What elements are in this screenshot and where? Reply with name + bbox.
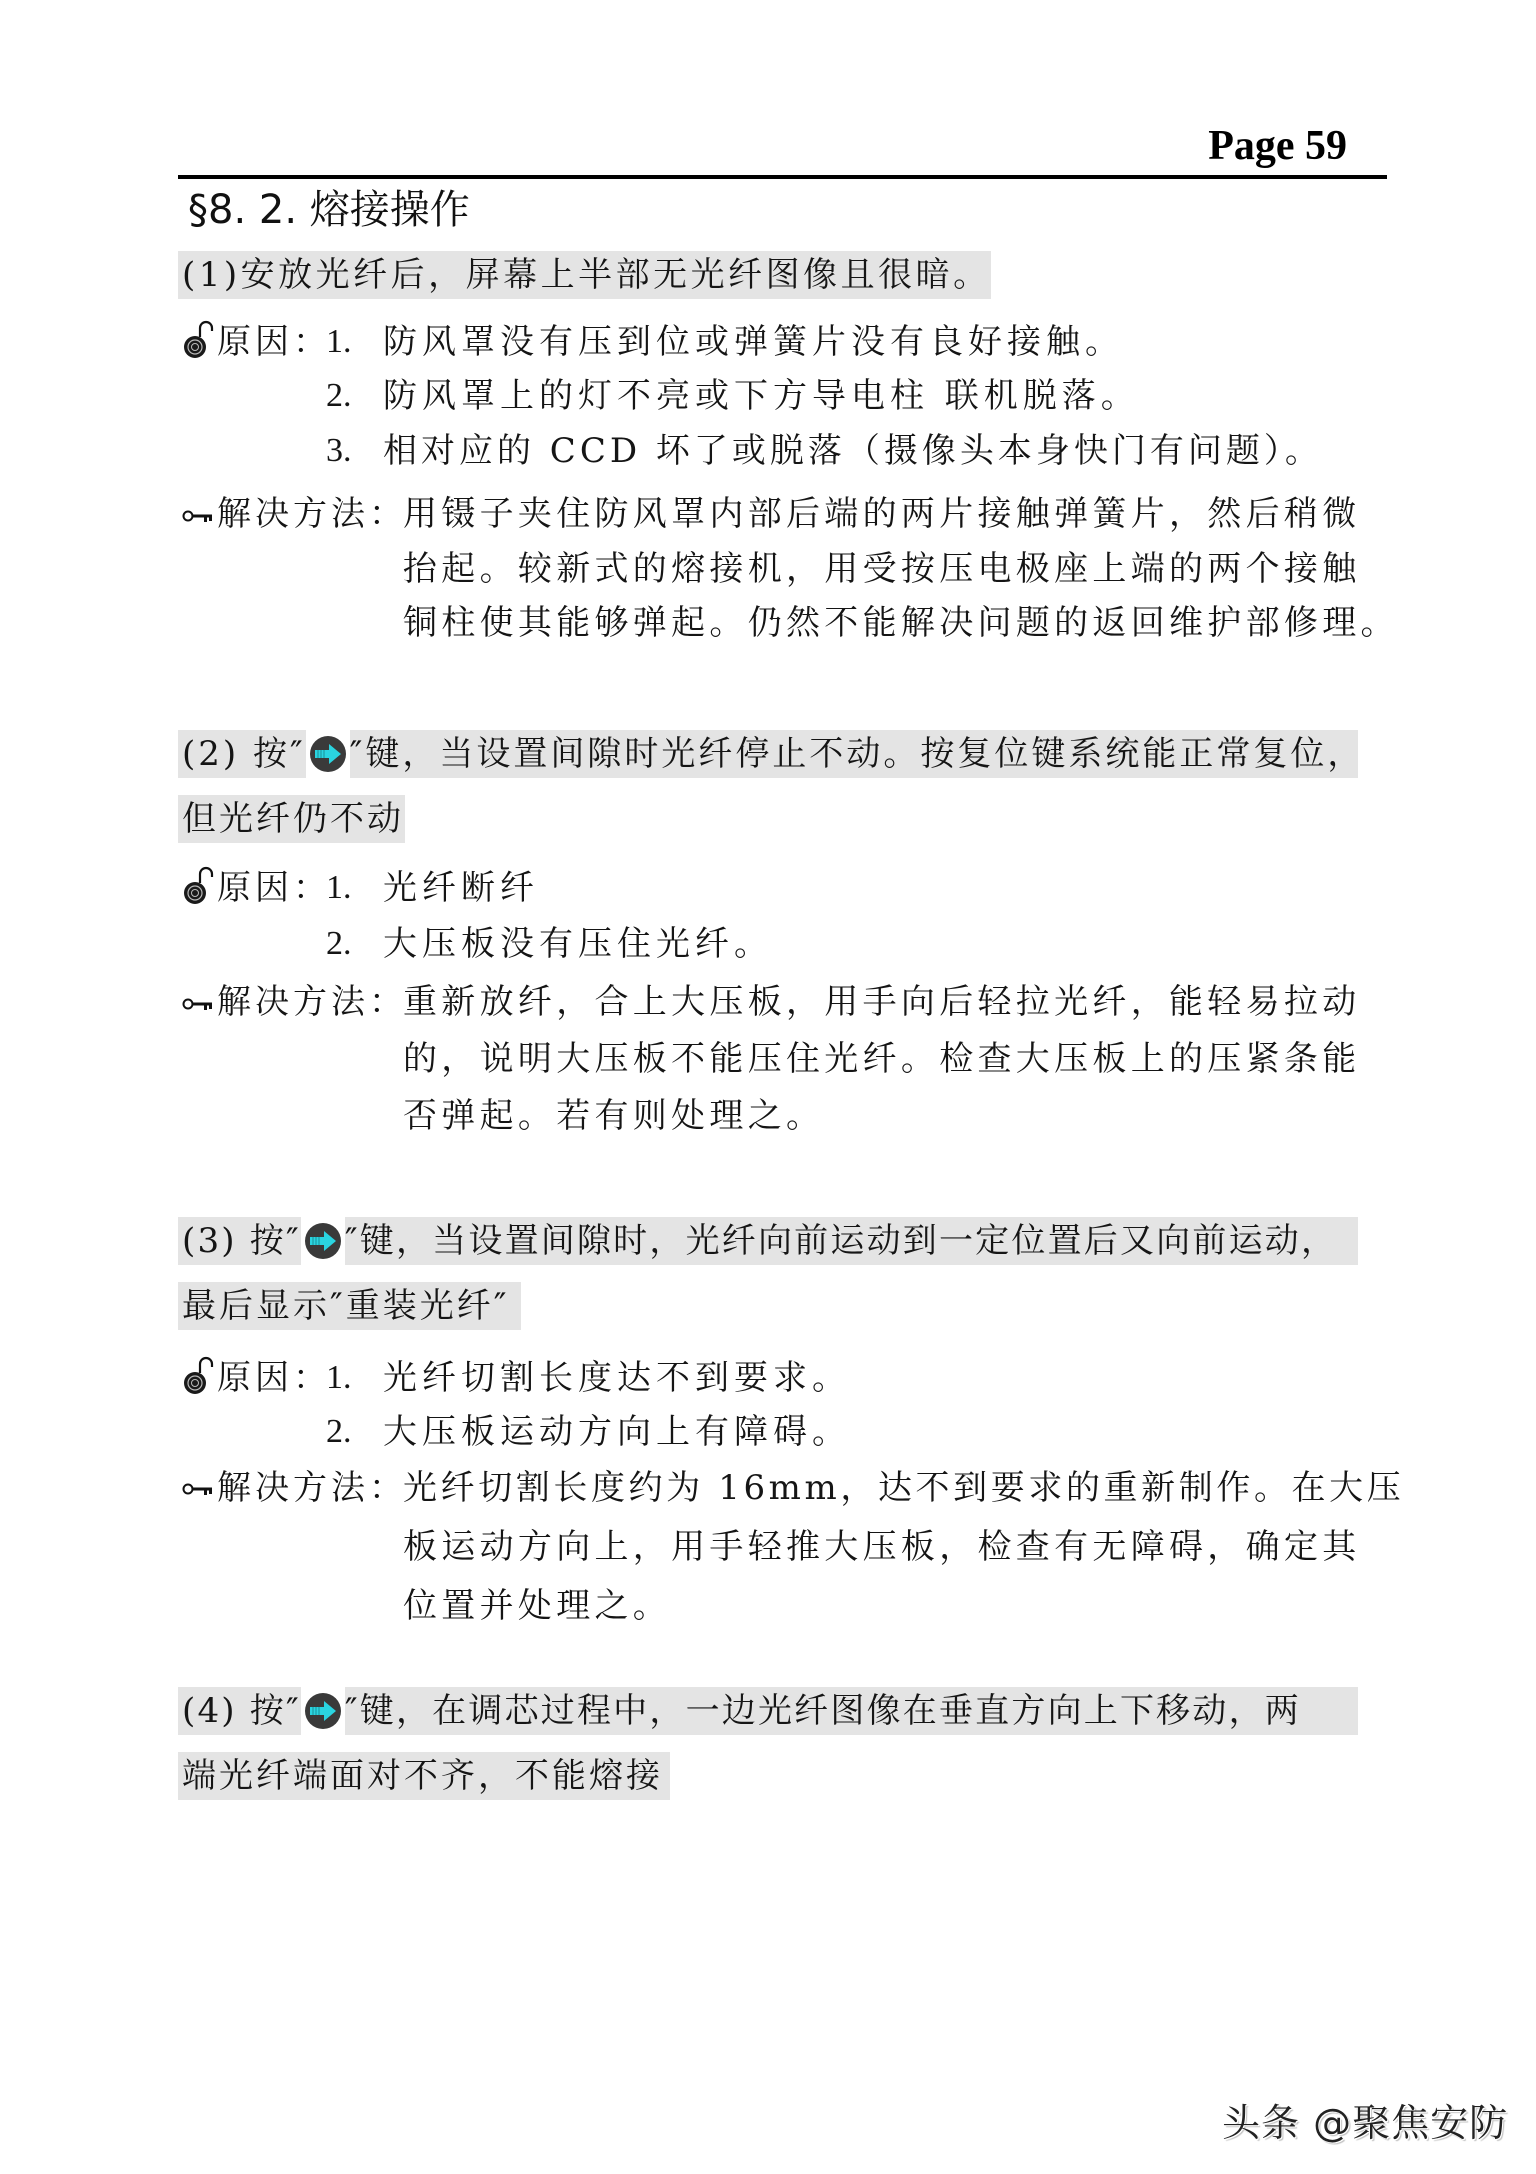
solution-text: 铜柱使其能够弹起。仍然不能解决问题的返回维护部修理。: [403, 599, 1399, 647]
cause-text: 大压板没有压住光纤。: [383, 920, 773, 968]
problem-3-heading-line-2: 最后显示″重装光纤″: [178, 1282, 521, 1330]
cause-number: 2.: [326, 1408, 352, 1456]
cause-text: 防风罩上的灯不亮或下方导电柱 联机脱落。: [383, 372, 1140, 420]
cause-number: 2.: [326, 372, 352, 420]
right-arrow-key-icon: [301, 1687, 345, 1735]
problem-2-heading: (2) 按″″键，当设置间隙时光纤停止不动。按复位键系统能正常复位，: [178, 730, 1358, 778]
problem-4-heading-line-2: 端光纤端面对不齐，不能熔接: [178, 1752, 670, 1800]
cause-text: 大压板运动方向上有障碍。: [383, 1408, 851, 1456]
problem-4-heading-prefix: (4) 按″: [182, 1687, 301, 1735]
problem-4-heading-line-2-text: 端光纤端面对不齐，不能熔接: [182, 1752, 663, 1800]
solution-label: 解决方法：: [217, 1464, 407, 1512]
page-number: Page 59: [1208, 122, 1347, 170]
problem-2-heading-line-2-text: 但光纤仍不动: [182, 795, 404, 843]
right-arrow-key-icon: [301, 1217, 345, 1265]
problem-4-heading: (4) 按″″键，在调芯过程中，一边光纤图像在垂直方向上下移动，两: [178, 1687, 1358, 1735]
solution-text: 的，说明大压板不能压住光纤。检查大压板上的压紧条能: [403, 1035, 1361, 1083]
solution-text: 用镊子夹住防风罩内部后端的两片接触弹簧片，然后稍微: [403, 490, 1361, 538]
cause-label: 原因：: [217, 318, 331, 366]
cause-number: 3.: [326, 427, 352, 475]
problem-1-heading: (1)安放光纤后，屏幕上半部无光纤图像且很暗。: [178, 251, 991, 299]
solution-text: 重新放纤，合上大压板，用手向后轻拉光纤，能轻易拉动: [403, 978, 1361, 1026]
solution-text: 位置并处理之。: [403, 1582, 671, 1630]
solution-text: 光纤切割长度约为 16mm，达不到要求的重新制作。在大压: [403, 1464, 1404, 1512]
right-arrow-key-icon: [306, 730, 350, 778]
watermark: 头条 @聚焦安防: [1222, 2098, 1508, 2148]
cause-text: 相对应的 CCD 坏了或脱落（摄像头本身快门有问题）。: [383, 427, 1323, 475]
problem-3-heading-line-2-text: 最后显示″重装光纤″: [182, 1282, 509, 1330]
solution-text: 板运动方向上，用手轻推大压板，检查有无障碍，确定其: [403, 1523, 1361, 1571]
cause-label: 原因：: [217, 1354, 331, 1402]
solution-label: 解决方法：: [217, 978, 407, 1026]
header-rule: [178, 175, 1387, 179]
solution-label: 解决方法：: [217, 490, 407, 538]
problem-1-heading-text: (1)安放光纤后，屏幕上半部无光纤图像且很暗。: [182, 251, 991, 299]
problem-2-heading-suffix: ″键，当设置间隙时光纤停止不动。按复位键系统能正常复位，: [350, 730, 1365, 778]
solution-text: 否弹起。若有则处理之。: [403, 1092, 824, 1140]
key-icon: [182, 496, 214, 536]
cause-number: 1.: [326, 1354, 352, 1402]
problem-3-heading-prefix: (3) 按″: [182, 1217, 301, 1265]
problem-3-heading-suffix: ″键，当设置间隙时，光纤向前运动到一定位置后又向前运动，: [345, 1217, 1337, 1265]
problem-2-heading-line-2: 但光纤仍不动: [178, 795, 405, 843]
key-icon: [182, 984, 214, 1024]
problem-2-heading-prefix: (2) 按″: [182, 730, 306, 778]
cause-number: 1.: [326, 864, 352, 912]
key-icon: [182, 1469, 214, 1509]
open-padlock-icon: [182, 866, 214, 906]
problem-3-heading: (3) 按″″键，当设置间隙时，光纤向前运动到一定位置后又向前运动，: [178, 1217, 1358, 1265]
section-title: §8. 2. 熔接操作: [188, 186, 470, 234]
cause-number: 2.: [326, 920, 352, 968]
open-padlock-icon: [182, 1356, 214, 1396]
problem-4-heading-suffix: ″键，在调芯过程中，一边光纤图像在垂直方向上下移动，两: [345, 1687, 1301, 1735]
cause-label: 原因：: [217, 864, 331, 912]
open-padlock-icon: [182, 320, 214, 360]
solution-text: 抬起。较新式的熔接机，用受按压电极座上端的两个接触: [403, 545, 1361, 593]
cause-text: 防风罩没有压到位或弹簧片没有良好接触。: [383, 318, 1124, 366]
cause-text: 光纤断纤: [383, 864, 539, 912]
cause-text: 光纤切割长度达不到要求。: [383, 1354, 851, 1402]
cause-number: 1.: [326, 318, 352, 366]
